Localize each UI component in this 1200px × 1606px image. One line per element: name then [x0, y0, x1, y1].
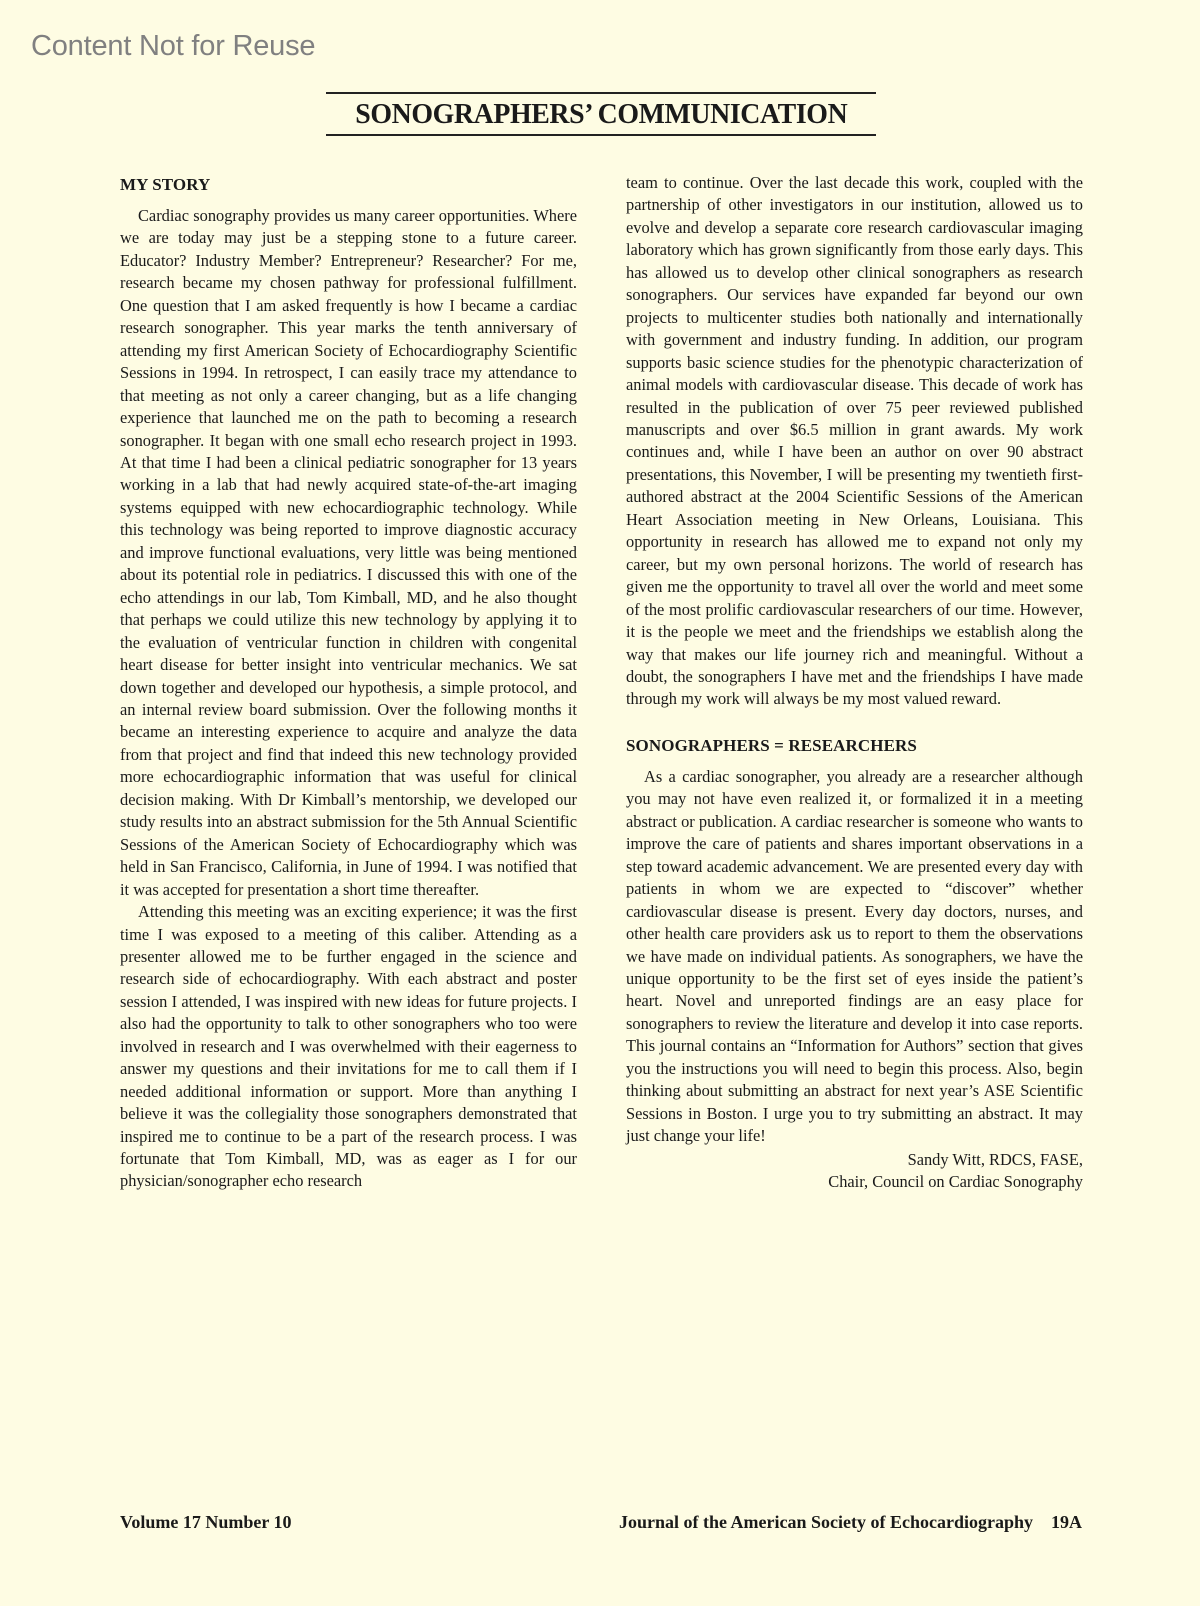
- signature-title: Chair, Council on Cardiac Sonography: [626, 1171, 1083, 1193]
- watermark: Content Not for Reuse: [31, 30, 315, 63]
- footer-journal-info: Journal of the American Society of Echoc…: [619, 1512, 1082, 1533]
- paragraph: Cardiac sonography provides us many care…: [120, 205, 577, 901]
- paragraph: Attending this meeting was an exciting e…: [120, 901, 577, 1193]
- paragraph: As a cardiac sonographer, you already ar…: [626, 766, 1083, 1148]
- left-column: MY STORY Cardiac sonography provides us …: [120, 172, 577, 1193]
- section-heading-my-story: MY STORY: [120, 174, 577, 196]
- spacer: [626, 711, 1083, 733]
- footer-journal-name: Journal of the American Society of Echoc…: [619, 1512, 1033, 1532]
- right-column: team to continue. Over the last decade t…: [626, 172, 1083, 1193]
- paragraph-continued: team to continue. Over the last decade t…: [626, 172, 1083, 711]
- page-header: SONOGRAPHERS’ COMMUNICATION: [326, 92, 876, 136]
- page-title: SONOGRAPHERS’ COMMUNICATION: [355, 96, 847, 132]
- author-signature: Sandy Witt, RDCS, FASE, Chair, Council o…: [626, 1149, 1083, 1194]
- section-heading-sonographers-researchers: SONOGRAPHERS = RESEARCHERS: [626, 735, 1083, 757]
- signature-name: Sandy Witt, RDCS, FASE,: [626, 1149, 1083, 1171]
- page-number: 19A: [1051, 1512, 1082, 1532]
- footer-volume: Volume 17 Number 10: [120, 1512, 292, 1533]
